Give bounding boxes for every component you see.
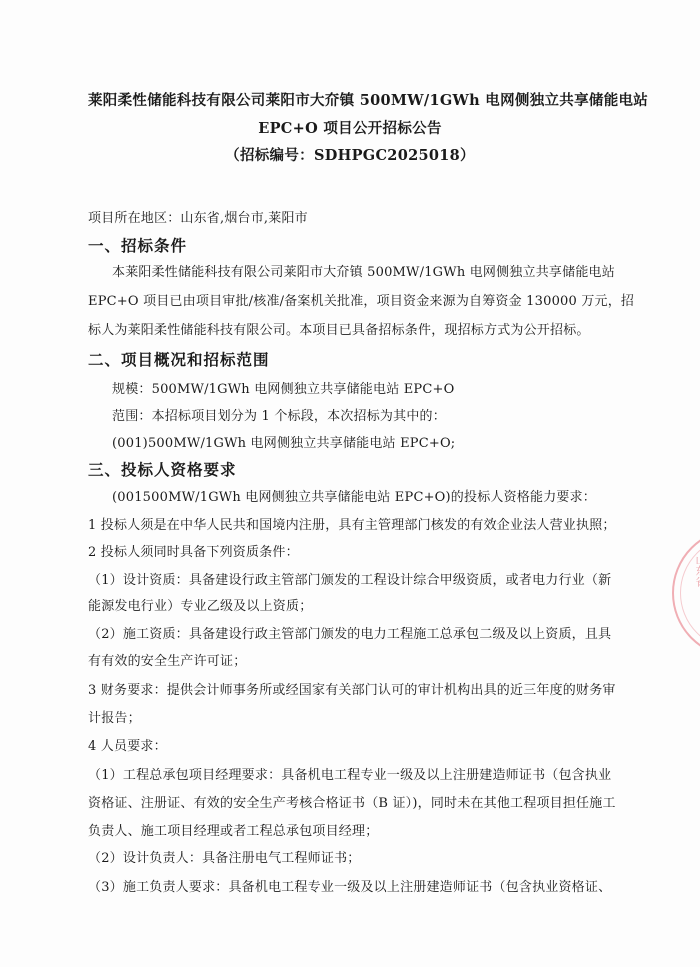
requirement-item: 资格证、注册证、有效的安全生产考核合格证书（B 证）)，同时未在其他工程项目担任…: [88, 795, 616, 813]
requirement-item: （3）施工负责人要求：具备机电工程专业一级及以上注册建造师证书（包含执业资格证、: [88, 879, 611, 897]
official-seal-stamp: 山东省: [672, 528, 700, 658]
requirement-item: （1）工程总承包项目经理要求：具备机电工程专业一级及以上注册建造师证书（包含执业: [88, 767, 611, 785]
document-page: 莱阳柔性储能科技有限公司莱阳市大夼镇 500MW/1GWh 电网侧独立共享储能电…: [0, 0, 700, 967]
requirement-item: 4 人员要求：: [88, 738, 167, 756]
requirement-item: 负责人、施工项目经理或者工程总承包项目经理；: [88, 823, 378, 841]
requirement-item: （2）设计负责人：具备注册电气工程师证书；: [88, 850, 360, 868]
paragraph-line: EPC+O 项目已由项目审批/核准/备案机关批准，项目资金来源为自筹资金 130…: [88, 293, 634, 311]
tender-number: （招标编号：SDHPGC2025018）: [0, 147, 700, 165]
paragraph-line: 本莱阳柔性储能科技有限公司莱阳市大夼镇 500MW/1GWh 电网侧独立共享储能…: [112, 264, 615, 282]
requirement-item: 有有效的安全生产许可证；: [88, 653, 246, 671]
section-heading-tender-conditions: 一、招标条件: [88, 237, 187, 255]
requirement-item: 1 投标人须是在中华人民共和国境内注册，具有主管理部门核发的有效企业法人营业执照…: [88, 517, 616, 535]
paragraph-line: 规模：500MW/1GWh 电网侧独立共享储能电站 EPC+O: [112, 381, 454, 399]
requirement-item: （1）设计资质：具备建设行政主管部门颁发的工程设计综合甲级资质，或者电力行业（新: [88, 572, 611, 590]
paragraph-line: 范围：本招标项目划分为 1 个标段，本次招标为其中的：: [112, 408, 446, 426]
seal-text: 山东省: [688, 554, 700, 587]
requirement-item: 2 投标人须同时具备下列资质条件：: [88, 544, 299, 562]
requirement-item: 计报告；: [88, 710, 141, 728]
paragraph-line: (001500MW/1GWh 电网侧独立共享储能电站 EPC+O)的投标人资格能…: [112, 489, 596, 507]
document-title-line-2: EPC+O 项目公开招标公告: [0, 120, 700, 138]
section-heading-bidder-qualifications: 三、投标人资格要求: [88, 461, 237, 479]
requirement-item: 3 财务要求：提供会计师事务所或经国家有关部门认可的审计机构出具的近三年度的财务…: [88, 682, 616, 700]
requirement-item: 能源发电行业）专业乙级及以上资质；: [88, 598, 312, 616]
paragraph-line: 标人为莱阳柔性储能科技有限公司。本项目已具备招标条件，现招标方式为公开招标。: [88, 322, 590, 340]
document-title-line-1: 莱阳柔性储能科技有限公司莱阳市大夼镇 500MW/1GWh 电网侧独立共享储能电…: [88, 92, 648, 110]
requirement-item: （2）施工资质：具备建设行政主管部门颁发的电力工程施工总承包二级及以上资质，且具: [88, 626, 611, 644]
section-heading-project-overview: 二、项目概况和招标范围: [88, 351, 270, 369]
paragraph-line: (001)500MW/1GWh 电网侧独立共享储能电站 EPC+O;: [112, 435, 455, 453]
project-region: 项目所在地区：山东省,烟台市,莱阳市: [88, 210, 308, 228]
